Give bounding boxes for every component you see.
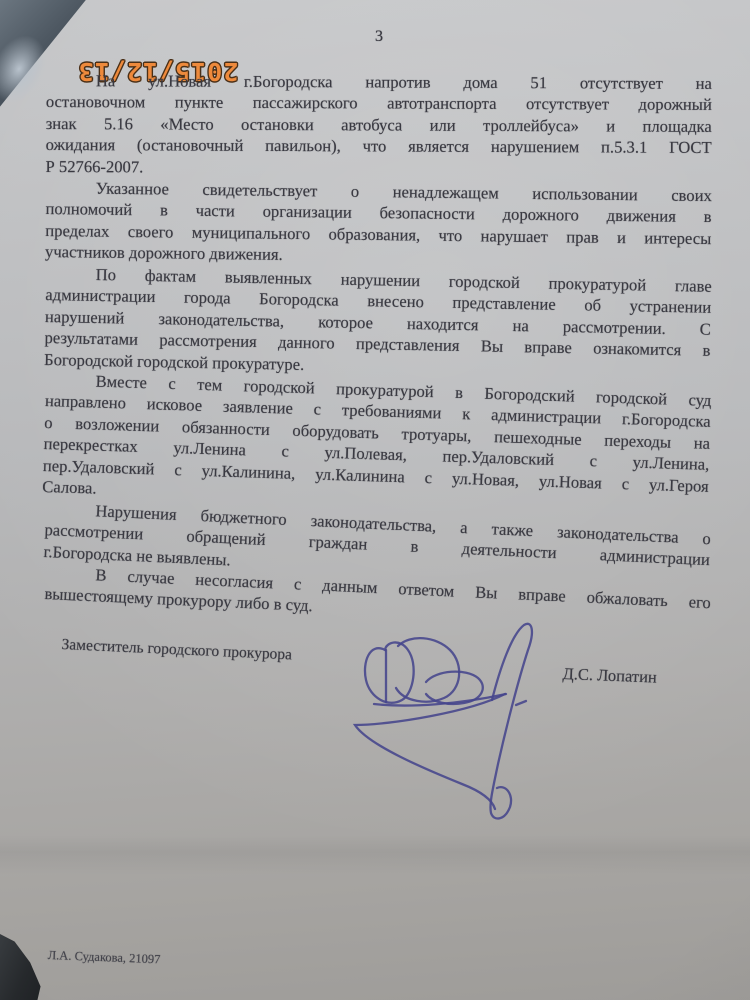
text-line: ожидания (остановочный павильон), что яв… — [46, 134, 712, 158]
photographed-paper: 2015/12/13 3 На ул.Новая г.Богородска на… — [0, 0, 750, 1000]
paragraphs: На ул.Новая г.Богородска напротив дома 5… — [46, 70, 712, 605]
dark-object-bottom-left — [0, 925, 52, 1000]
paragraph: На ул.Новая г.Богородска напротив дома 5… — [46, 70, 712, 180]
signature-ink — [355, 694, 505, 809]
executor-footer: Л.А. Судакова, 21097 — [47, 948, 160, 967]
paragraph: Вместе с тем городской прокуратурой в Бо… — [42, 369, 712, 518]
signature-ink — [516, 701, 526, 705]
handwritten-signature — [340, 598, 580, 830]
page-number: 3 — [46, 28, 712, 46]
signatory-name: Д.С. Лопатин — [562, 664, 657, 688]
text-line: знак 5.16 «Место остановки автобуса или … — [46, 113, 712, 137]
text-line: Р 52766-2007. — [46, 156, 712, 180]
paragraph: По фактам выявленных нарушении городской… — [44, 263, 712, 383]
paragraph: Указанное свидетельствует о ненадлежащем… — [45, 177, 712, 271]
signature-ink — [490, 624, 531, 819]
text-line: остановочном пункте пассажирского автотр… — [46, 91, 712, 115]
signature-ink — [365, 642, 414, 702]
text-line: На ул.Новая г.Богородска напротив дома 5… — [46, 70, 712, 94]
signatory-title: Заместитель городского прокурора — [61, 636, 292, 664]
